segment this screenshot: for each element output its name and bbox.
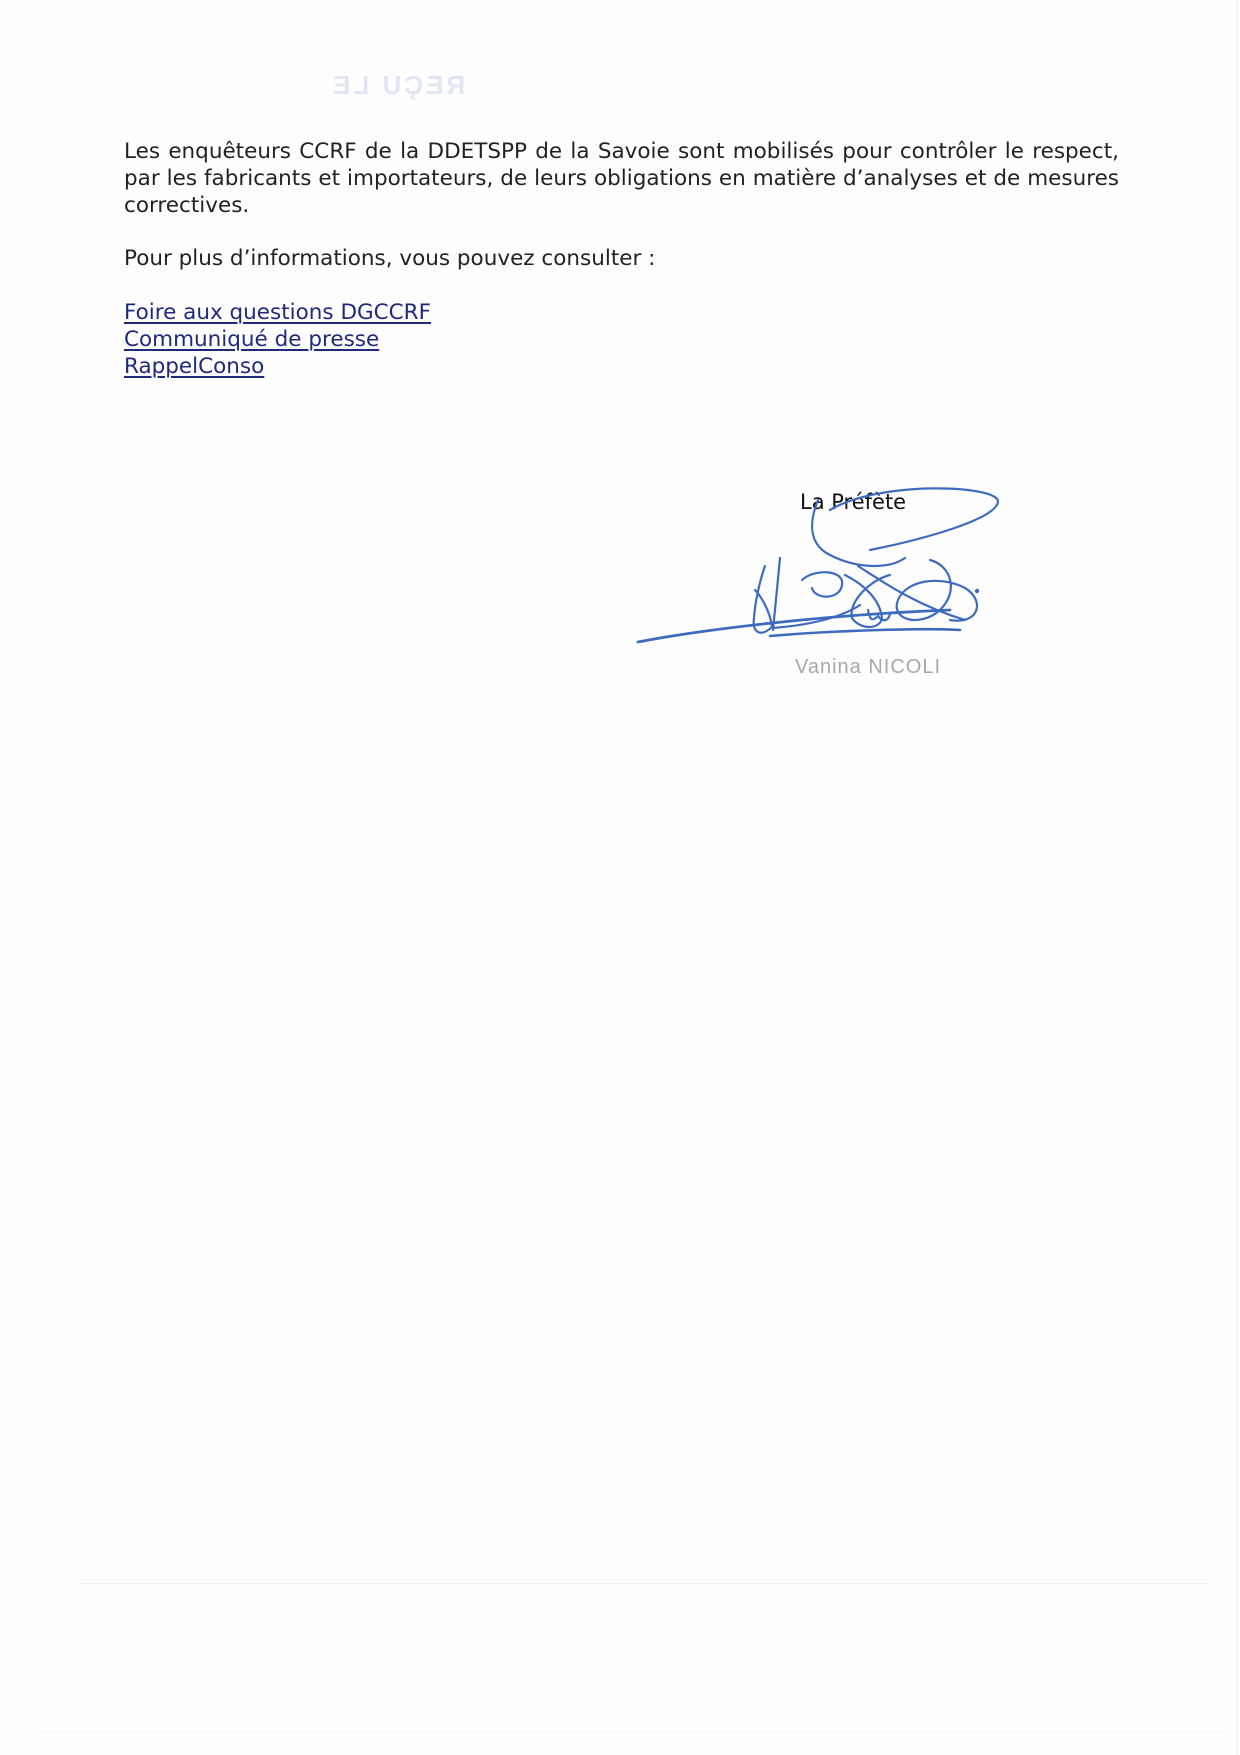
scan-artifact-line (40, 1731, 1230, 1732)
paragraph-more-info: Pour plus d’informations, vous pouvez co… (124, 245, 1119, 272)
paragraph-inspectors: Les enquêteurs CCRF de la DDETSPP de la … (124, 138, 1119, 219)
reference-links: Foire aux questions DGCCRF Communiqué de… (124, 299, 431, 380)
document-page: REÇU LE Les enquêteurs CCRF de la DDETSP… (0, 0, 1240, 1755)
signatory-name: Vanina NICOLI (795, 656, 941, 679)
link-faq-dgccrf[interactable]: Foire aux questions DGCCRF (124, 299, 431, 326)
link-press-release[interactable]: Communiqué de presse (124, 326, 379, 353)
received-stamp-bleedthrough: REÇU LE (330, 70, 465, 101)
scan-artifact-edge (1237, 0, 1238, 1755)
signature-block: La Préfète (620, 470, 1020, 700)
link-rappelconso[interactable]: RappelConso (124, 353, 264, 380)
scan-artifact-line (80, 1583, 1210, 1584)
